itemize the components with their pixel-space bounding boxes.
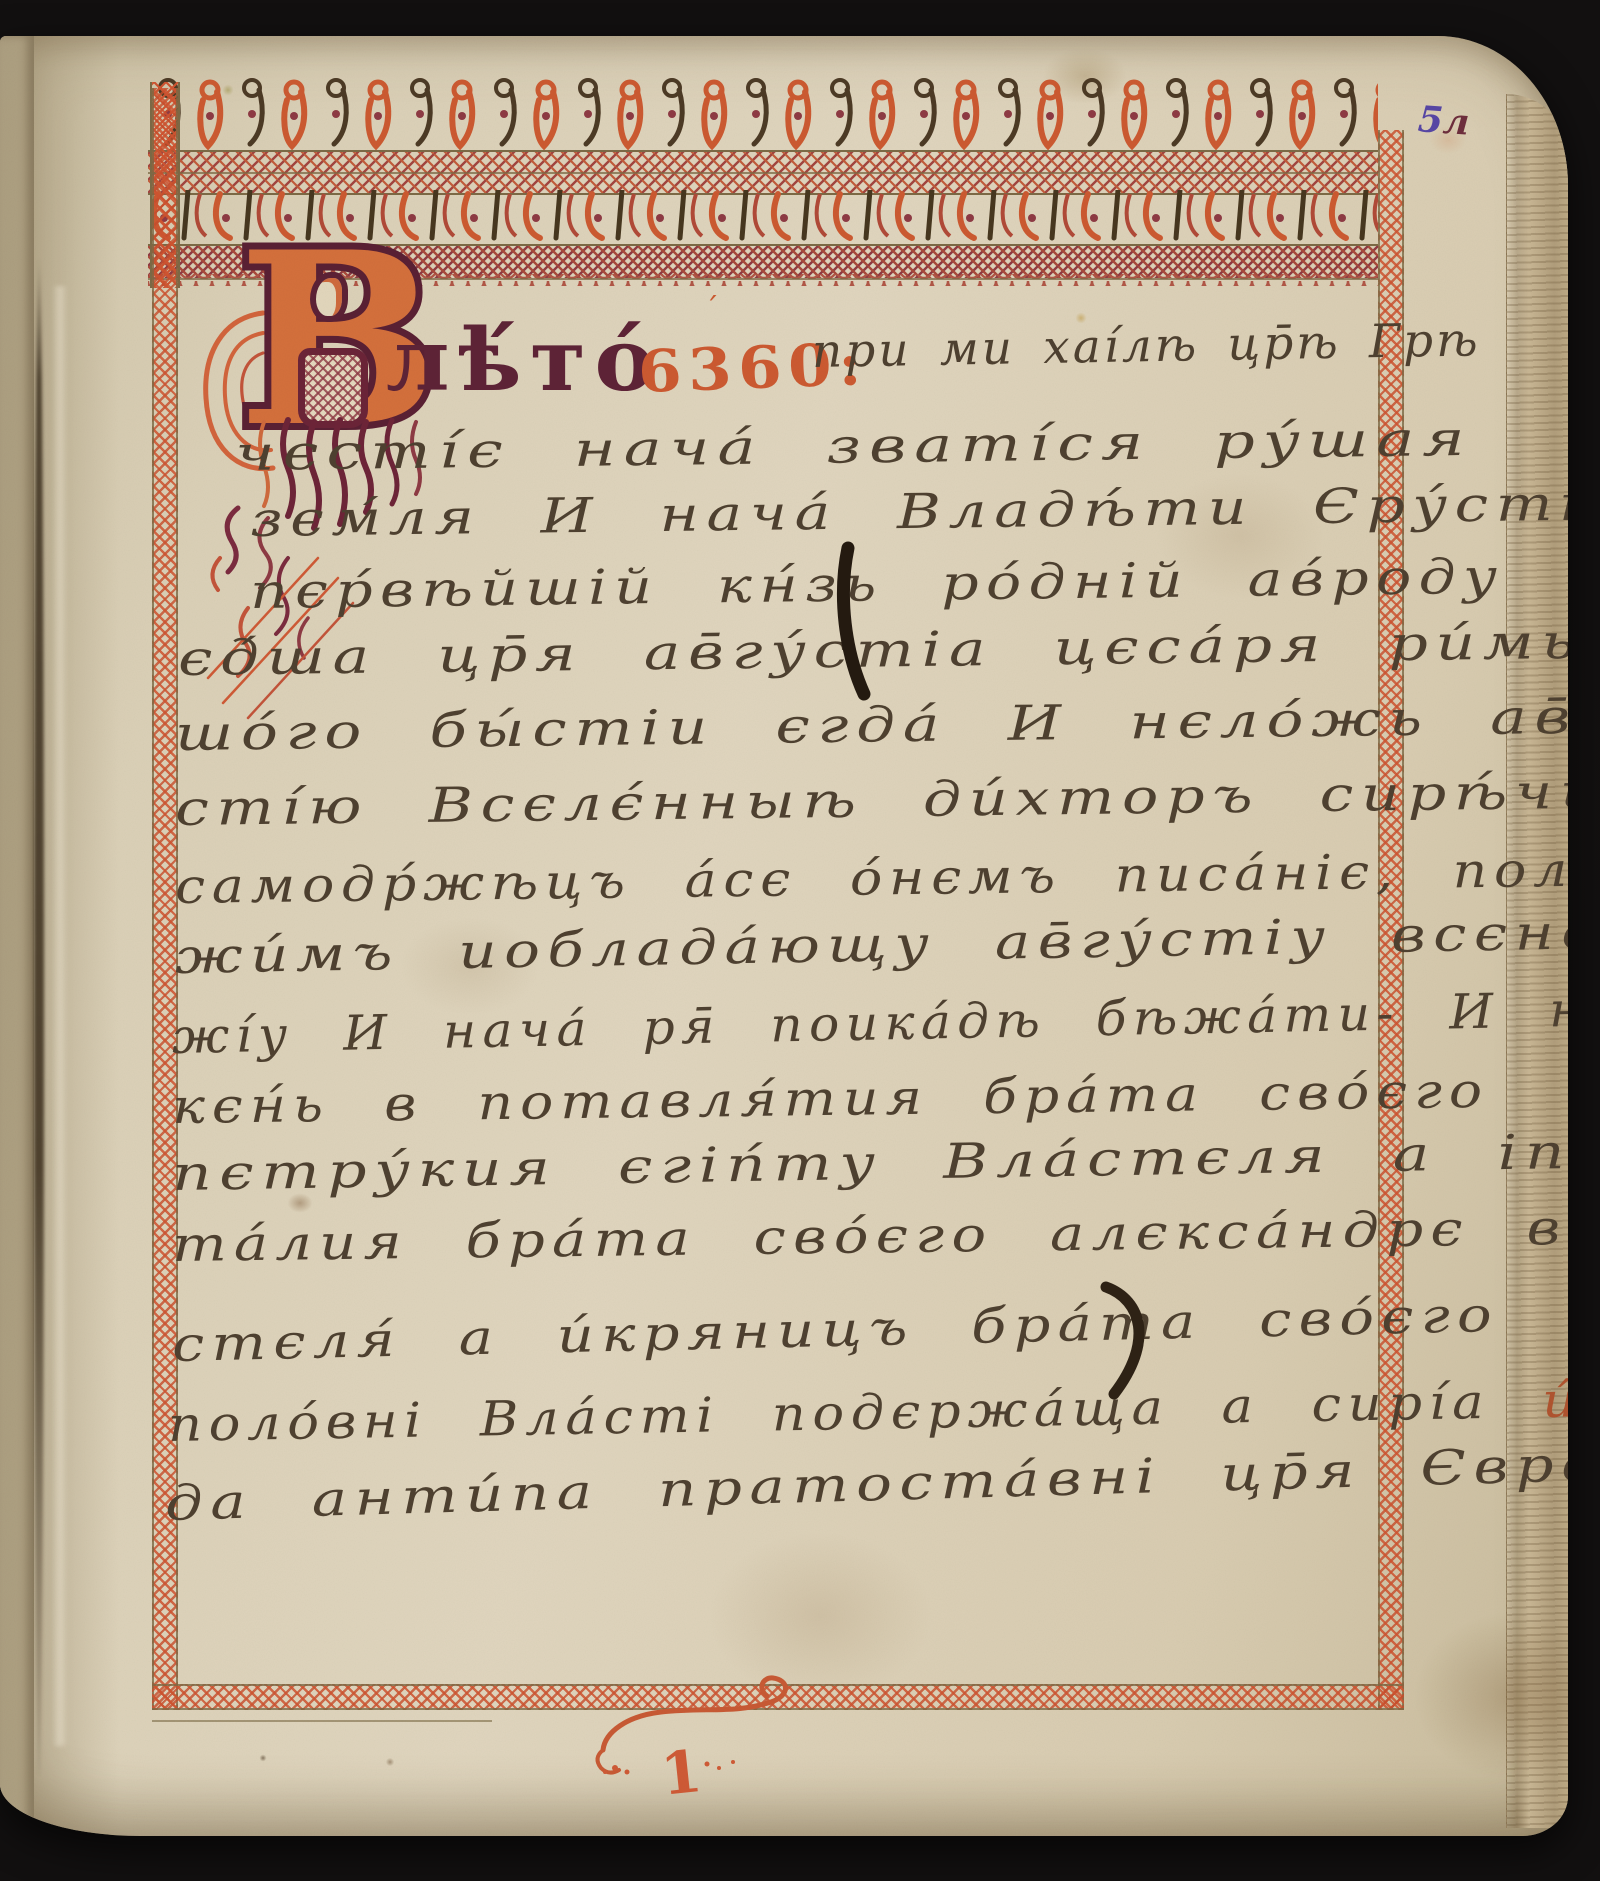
red-ink-word: и́ро	[1542, 1371, 1568, 1429]
quire-glyph: 1	[658, 1737, 705, 1809]
binding-gutter-shadow	[0, 36, 140, 1836]
quire-mark: 1	[575, 1672, 845, 1812]
text-line: та́лия бра́та сво́єго алєкса́ндрє вла́	[172, 1199, 1568, 1273]
folio-letter: л	[1442, 100, 1471, 144]
text-line: стєля́ а и́кряницъ бра́та сво́єго	[171, 1287, 1499, 1373]
text-line: кєн́ь в потавля́тия бра́та сво́єго	[172, 1063, 1490, 1135]
text-line: сті́ю Всєлє́нныѣ ди́хторъ сирѣ́чь—	[175, 763, 1568, 837]
text-line: жи́мъ иоблада́ющу ав̄гу́стіу всєно́у	[175, 903, 1568, 985]
text-line: жі́у И нача́ ря̄ поика́дѣ бѣжа́ти- И на́…	[171, 979, 1568, 1065]
text-line: поло́вні Вла́сті подєржа́ща а сирі́а и́р…	[168, 1371, 1568, 1453]
manuscript-page: В В лѣ́то́ 6360: ´ при ми хаі́лѣ цр̄ѣ Гр…	[0, 36, 1568, 1836]
text-line: пєтру́кия єгіп́ту Вла́стєля а іпу́	[172, 1123, 1568, 1202]
text-line: самодр́жѣцъ а́сє о́нємъ писа́ніє, поло́	[175, 841, 1568, 915]
folio-number: 5л	[1417, 98, 1471, 143]
gutter-highlight	[52, 286, 68, 1746]
photo-background: В В лѣ́то́ 6360: ´ при ми хаі́лѣ цр̄ѣ Гр…	[0, 0, 1600, 1881]
folio-digit: 5	[1417, 98, 1445, 142]
gutter-crease	[34, 256, 44, 1776]
initial-upper-counter	[310, 272, 348, 322]
text-line-segment: поло́вні Вла́сті подєржа́ща а сирі́а	[168, 1373, 1543, 1453]
year-superscript-mark: ´	[704, 292, 719, 327]
title-word-leto: лѣ́то́	[386, 310, 663, 411]
frame-extra-rule	[152, 1720, 492, 1722]
